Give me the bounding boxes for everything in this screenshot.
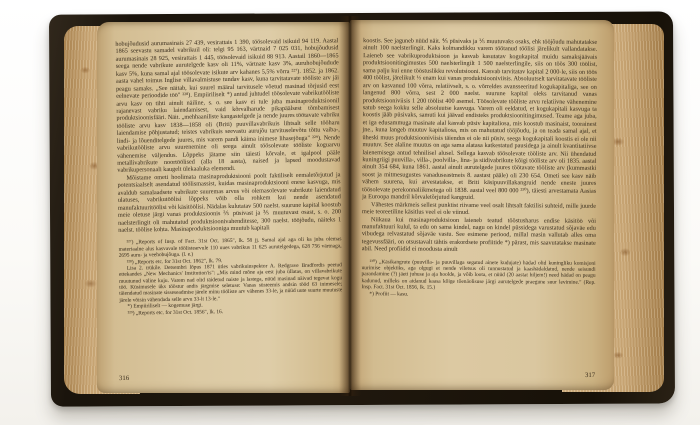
footnote: Lisa 2. trükile. Detsembri lõpus 1871 üt… [119,262,343,304]
page-number-right: 317 [585,372,595,379]
right-page-paragraph: koostis. See jaguneb nüüd näit. ⅘ püsiva… [362,37,597,202]
left-page-text: hobujõudusid aurumasinais 27 439, vesira… [115,37,343,386]
left-page: hobujõudusid aurumasinais 27 439, vesira… [97,22,350,393]
left-page-paragraph: Mõistame ometi hoolimata masinaproduktsi… [117,171,341,234]
footnote: *) Profiit — kasu. [361,291,595,299]
left-page-footnotes: ²²⁷) „Reports of Insp. of Fact. 31st Oct… [118,237,342,317]
book-photo: hobujõudusid aurumasinais 27 439, vesira… [0,0,700,425]
footnote: ²³⁰) „Käsikangrute (puuvilla- ja puuvill… [361,259,595,293]
right-page-paragraph: Vähestes märkmeis sellest punktist riiva… [362,201,596,218]
page-number-left: 316 [119,375,129,382]
right-page-text: koostis. See jaguneb nüüd näit. ⅘ püsiva… [361,37,597,383]
right-page-paragraph: Niikaua kui masinaproduktsioon laieneb t… [362,216,596,255]
right-page-footnotes: ²³⁰) „Käsikangrute (puuvilla- ja puuvill… [361,259,595,299]
left-page-paragraph: hobujõudusid aurumasinais 27 439, vesira… [115,37,340,174]
right-page: koostis. See jaguneb nüüd näit. ⅘ püsiva… [350,20,614,390]
